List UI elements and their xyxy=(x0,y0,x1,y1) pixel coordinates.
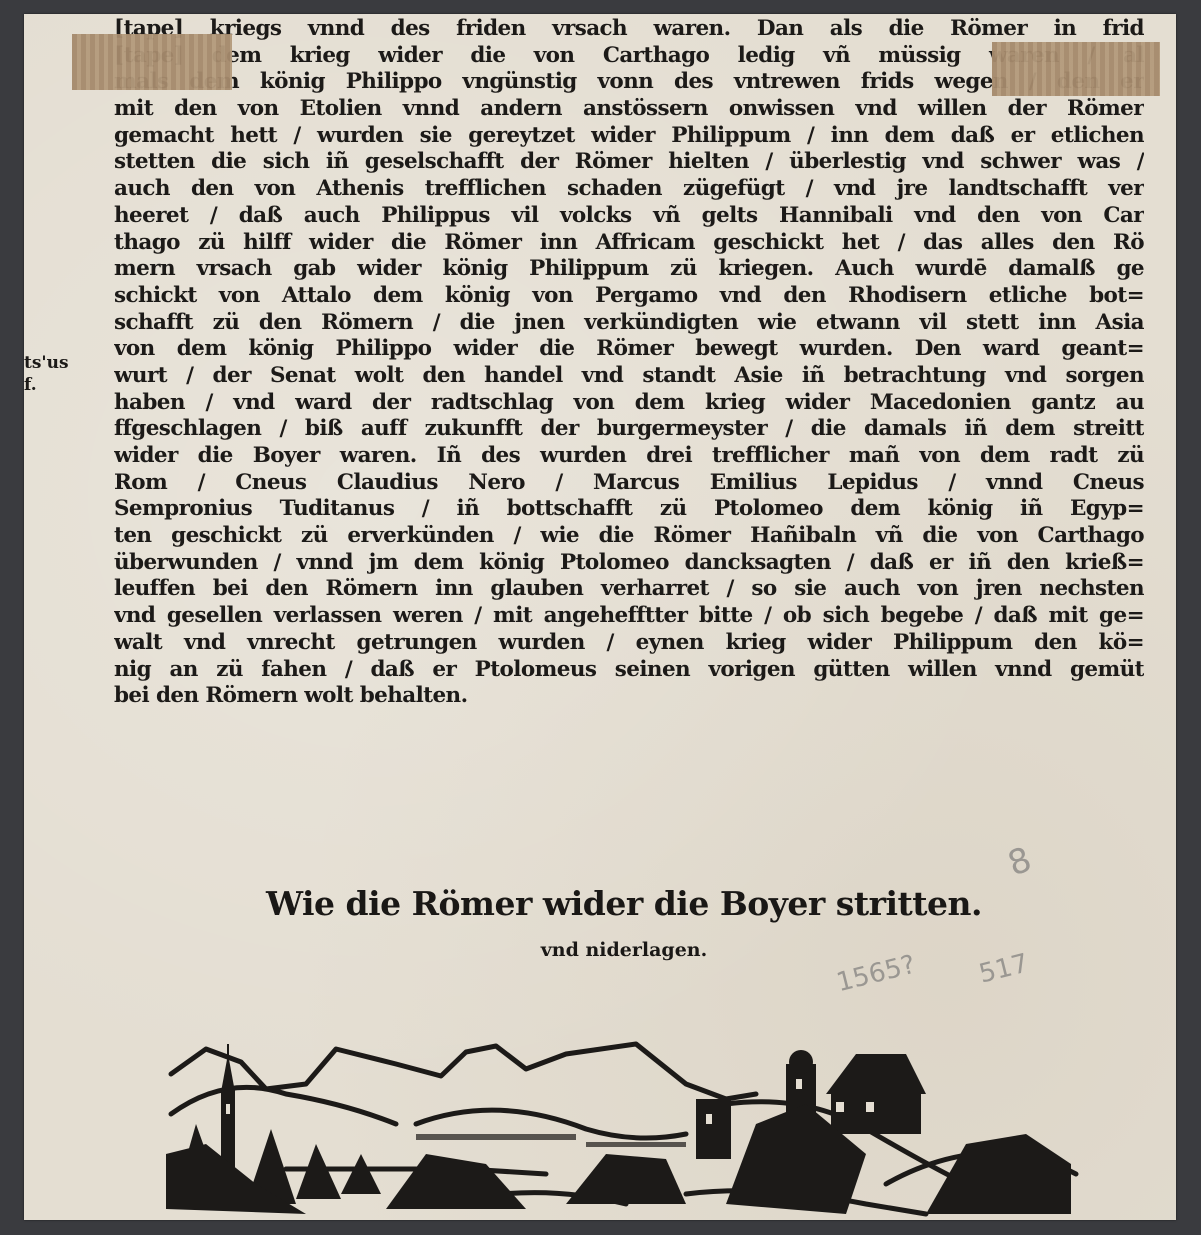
text-line: schafft zü den Römern / die jnen verkünd… xyxy=(114,310,1144,337)
body-text: [tape] kriegs vnnd des friden vrsach war… xyxy=(114,16,1144,710)
pencil-note: 8 xyxy=(1003,840,1037,885)
text-line: vnd gesellen verlassen weren / mit angeh… xyxy=(114,603,1144,630)
text-line: Sempronius Tuditanus / iñ bottschafft zü… xyxy=(114,496,1144,523)
text-line: schickt von Attalo dem könig von Pergamo… xyxy=(114,283,1144,310)
text-line: walt vnd vnrecht getrungen wurden / eyne… xyxy=(114,630,1144,657)
text-line: haben / vnd ward der radtschlag von dem … xyxy=(114,390,1144,417)
section-heading: Wie die Römer wider die Boyer stritten. xyxy=(254,884,994,923)
margin-note: ts'us f. xyxy=(24,352,69,396)
text-line: ten geschickt zü erverkünden / wie die R… xyxy=(114,523,1144,550)
text-line: mit den von Etolien vnnd andern anstösse… xyxy=(114,96,1144,123)
text-line: wurt / der Senat wolt den handel vnd sta… xyxy=(114,363,1144,390)
margin-note-line: ts'us xyxy=(24,352,69,374)
text-line: leuffen bei den Römern inn glauben verha… xyxy=(114,576,1144,603)
text-line: von dem könig Philippo wider die Römer b… xyxy=(114,336,1144,363)
masking-tape-right xyxy=(992,42,1160,96)
text-line: gemacht hett / wurden sie gereytzet wide… xyxy=(114,123,1144,150)
text-line: nig an zü fahen / daß er Ptolomeus seine… xyxy=(114,657,1144,684)
masking-tape-left xyxy=(72,34,232,90)
text-line: auch den von Athenis trefflichen schaden… xyxy=(114,176,1144,203)
text-line: [tape] dem krieg wider die von Carthago … xyxy=(114,43,1144,70)
woodcut-landscape-illustration xyxy=(166,1034,1081,1222)
text-line: mern vrsach gab wider könig Philippum zü… xyxy=(114,256,1144,283)
text-line: thago zü hilff wider die Römer inn Affri… xyxy=(114,230,1144,257)
text-line: mals dem könig Philippo vngünstig vonn d… xyxy=(114,69,1144,96)
text-line: heeret / daß auch Philippus vil volcks v… xyxy=(114,203,1144,230)
text-line: stetten die sich iñ geselschafft der Röm… xyxy=(114,149,1144,176)
text-line: [tape] kriegs vnnd des friden vrsach war… xyxy=(114,16,1144,43)
text-line: Rom / Cneus Claudius Nero / Marcus Emili… xyxy=(114,470,1144,497)
text-line: überwunden / vnnd jm dem könig Ptolomeo … xyxy=(114,550,1144,577)
margin-note-line: f. xyxy=(24,374,69,396)
text-line: bei den Römern wolt behalten. xyxy=(114,683,1144,710)
text-line: wider die Boyer waren. Iñ des wurden dre… xyxy=(114,443,1144,470)
text-line: ffgeschlagen / biß auff zukunfft der bur… xyxy=(114,416,1144,443)
document-page: [tape] kriegs vnnd des friden vrsach war… xyxy=(24,14,1176,1220)
